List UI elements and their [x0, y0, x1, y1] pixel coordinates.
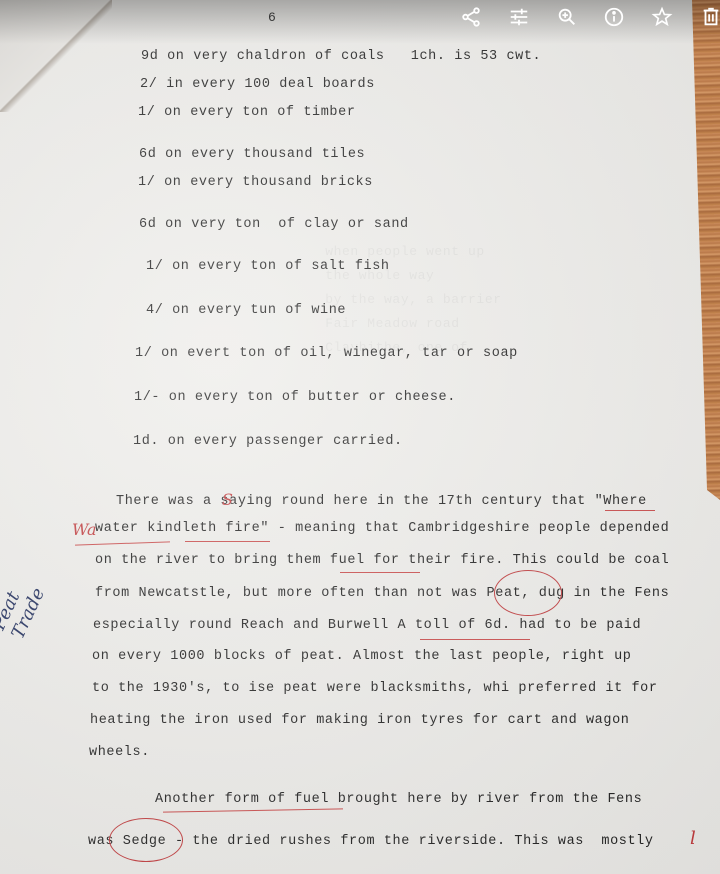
red-underline: [605, 510, 655, 511]
paragraph-line: There was a saying round here in the 17t…: [116, 494, 647, 509]
paragraph-line: heating the iron used for making iron ty…: [90, 713, 629, 728]
paragraph-line: was Sedge - the dried rushes from the ri…: [88, 834, 654, 849]
paragraph-line: wheels.: [89, 745, 150, 760]
paragraph-line: on every 1000 blocks of peat. Almost the…: [92, 649, 631, 664]
paragraph-line: water kindleth fire" - meaning that Camb…: [95, 521, 669, 536]
paragraph-line: Another form of fuel brought here by riv…: [155, 792, 642, 807]
paragraph-line: to the 1930's, to ise peat were blacksmi…: [92, 681, 658, 696]
red-correction-l: l: [690, 828, 696, 849]
toll-line: 6d on very ton of clay or sand: [139, 217, 409, 232]
document-page: 6 9d on very chaldron of coals 1ch. is 5…: [0, 0, 720, 874]
paragraph-line: from Newcatstle, but more often than not…: [95, 586, 669, 601]
toll-line: 6d on every thousand tiles: [139, 147, 365, 162]
toll-line: 9d on very chaldron of coals 1ch. is 53 …: [141, 49, 541, 64]
red-underline: [163, 808, 343, 812]
info-icon[interactable]: [603, 6, 625, 28]
toll-line: 1/- on every ton of butter or cheese.: [134, 390, 456, 405]
toll-line: 1/ on every thousand bricks: [138, 175, 373, 190]
paragraph-line: especially round Reach and Burwell A tol…: [93, 618, 641, 633]
trash-delete-icon[interactable]: [700, 6, 720, 28]
red-underline: [420, 639, 530, 640]
toll-line: 1d. on every passenger carried.: [133, 434, 403, 449]
toll-line: 2/ in every 100 deal boards: [140, 77, 375, 92]
red-underline: [185, 541, 270, 542]
red-underline: [340, 572, 420, 573]
toll-line: 1/ on every ton of timber: [138, 105, 356, 120]
red-correction-wa: Wa: [72, 520, 97, 539]
lens-zoom-icon[interactable]: [556, 6, 578, 28]
edit-adjust-icon[interactable]: [508, 6, 530, 28]
share-icon[interactable]: [460, 6, 482, 28]
red-underline: [75, 541, 170, 545]
photo-viewer-toolbar: [0, 0, 720, 44]
margin-note: Peat Trade: [0, 576, 49, 642]
red-correction-s: S: [222, 490, 233, 509]
paragraph-line: on the river to bring them fuel for thei…: [95, 553, 669, 568]
star-favorite-icon[interactable]: [651, 6, 673, 28]
